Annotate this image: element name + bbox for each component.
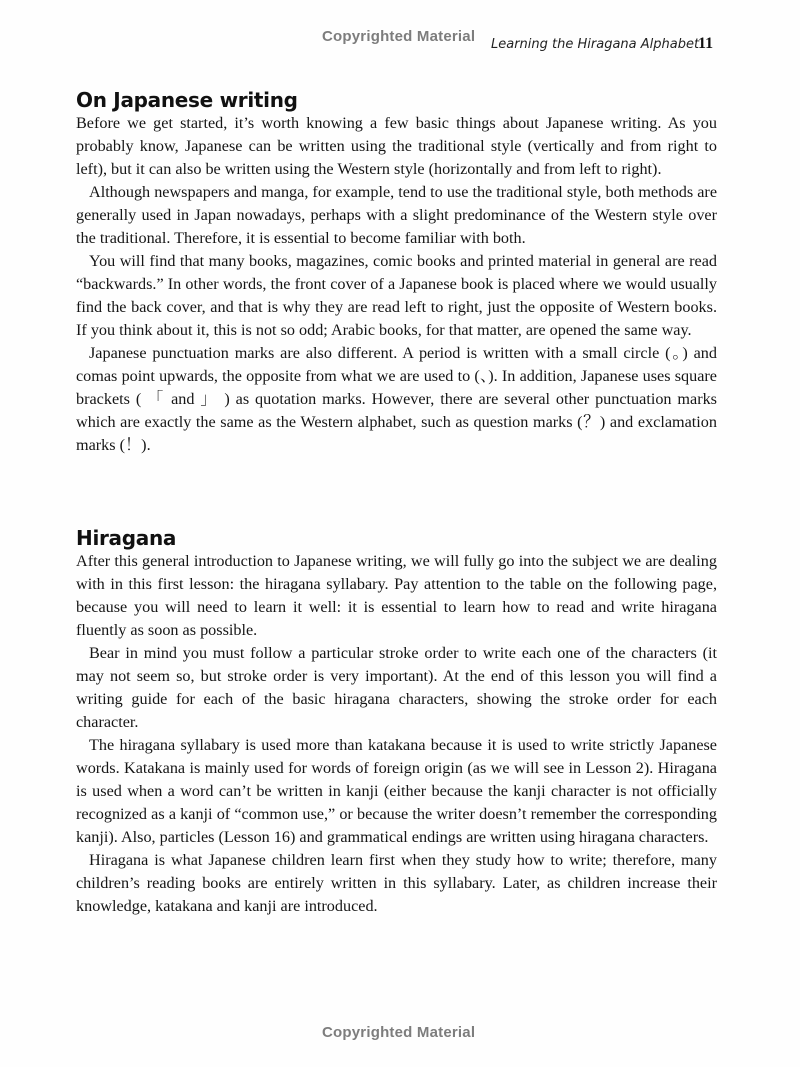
paragraph: You will find that many books, magazines… — [76, 250, 717, 342]
section-on-japanese-writing: On Japanese writing Before we get starte… — [76, 88, 717, 457]
paragraph: Before we get started, it’s worth knowin… — [76, 112, 717, 181]
paragraph: Hiragana is what Japanese children learn… — [76, 849, 717, 918]
running-header-title: Learning the Hiragana Alphabet — [491, 37, 699, 52]
copyright-watermark-top: Copyrighted Material — [322, 28, 475, 45]
paragraph: Although newspapers and manga, for examp… — [76, 181, 717, 250]
paragraph: The hiragana syllabary is used more than… — [76, 734, 717, 849]
book-page: Copyrighted Material Learning the Hiraga… — [0, 0, 800, 1067]
section-heading: Hiragana — [76, 526, 717, 550]
paragraph: Bear in mind you must follow a particula… — [76, 642, 717, 734]
copyright-watermark-bottom: Copyrighted Material — [322, 1024, 475, 1041]
section-heading: On Japanese writing — [76, 88, 717, 112]
page-number: 11 — [698, 35, 713, 53]
paragraph: After this general introduction to Japan… — [76, 550, 717, 642]
paragraph: Japanese punctuation marks are also diff… — [76, 342, 717, 457]
section-hiragana: Hiragana After this general introduction… — [76, 526, 717, 918]
